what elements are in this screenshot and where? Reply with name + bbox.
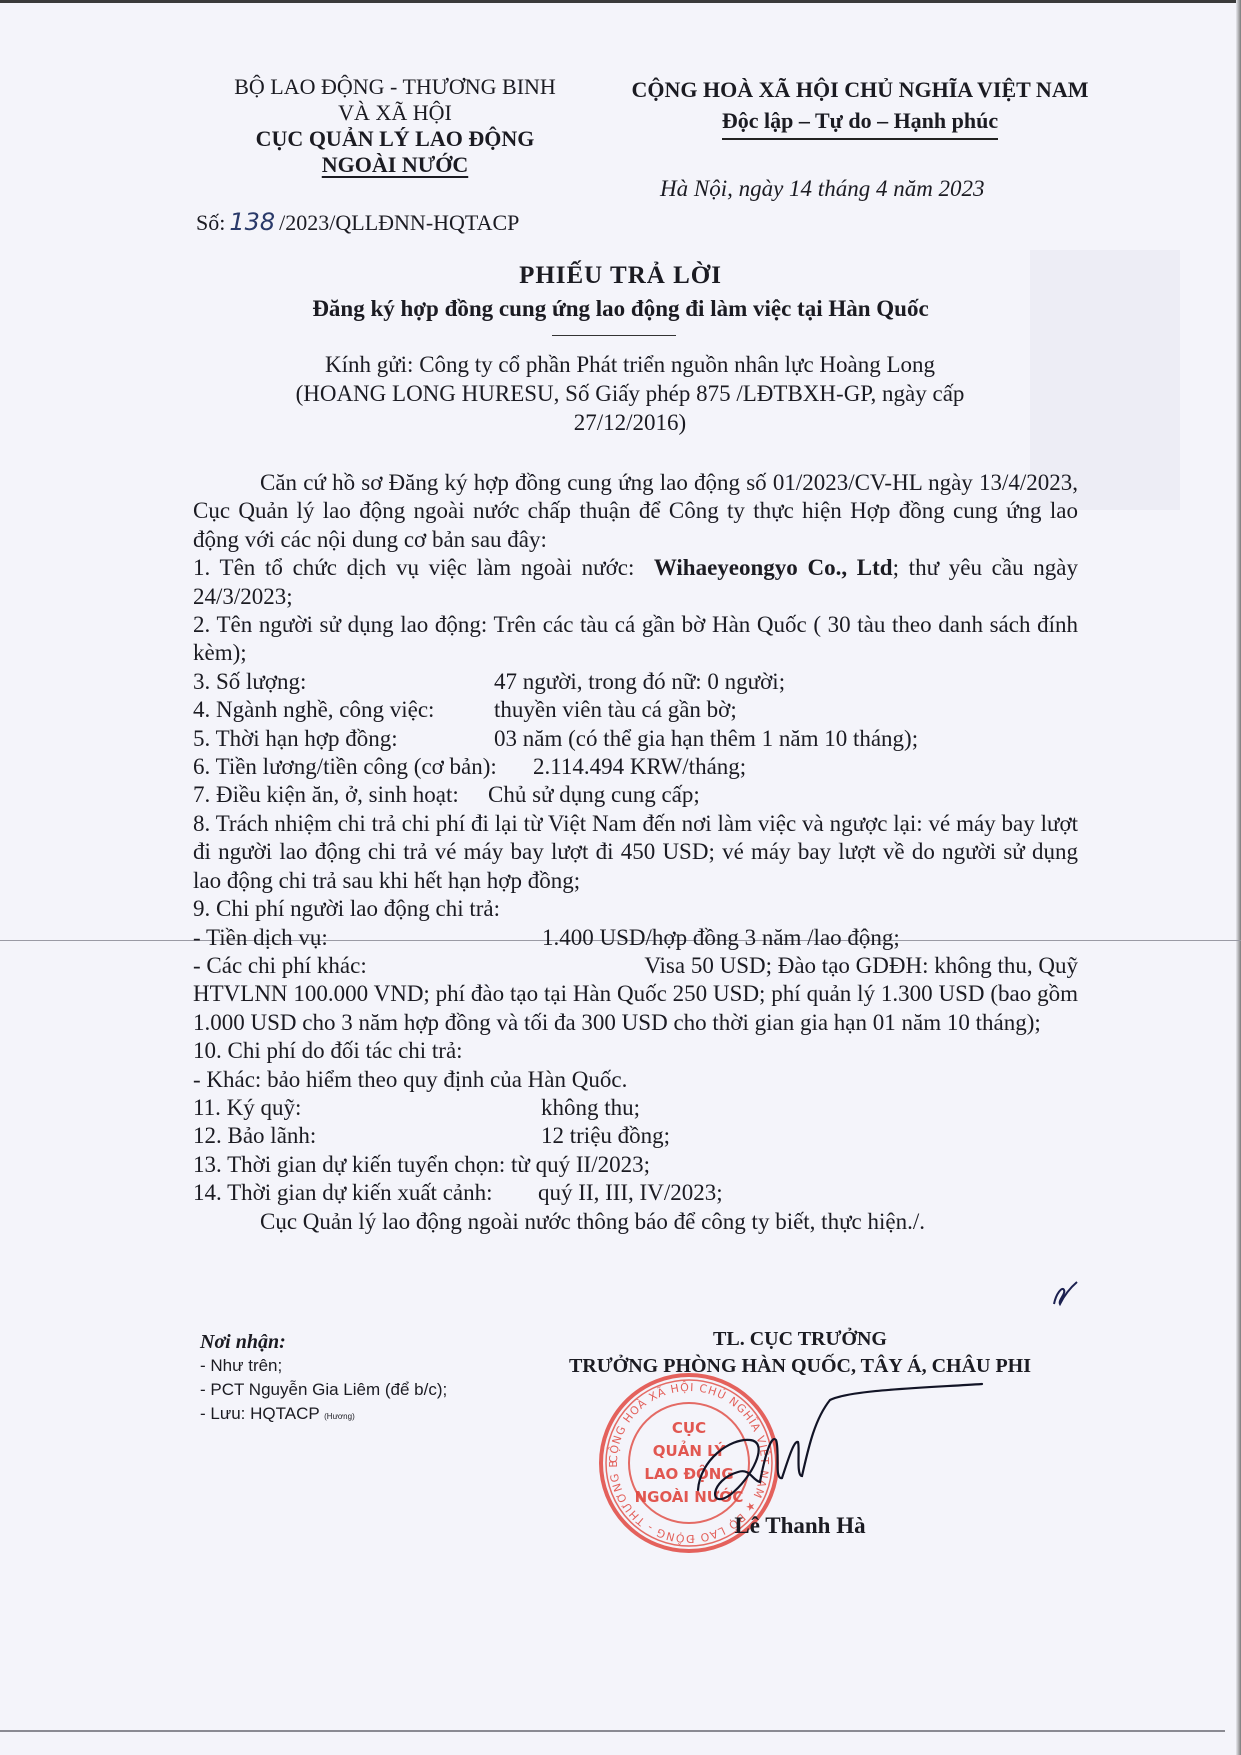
item-9-service-fee: - Tiền dịch vụ:1.400 USD/hợp đồng 3 năm … (193, 924, 1078, 952)
recipients-block: Nơi nhận: - Như trên; - PCT Nguyễn Gia L… (200, 1330, 447, 1429)
document-number: Số:138/2023/QLLĐNN-HQTACP (196, 208, 519, 236)
item-4: 4. Ngành nghề, công việc:thuyền viên tàu… (193, 696, 1078, 724)
item-9: 9. Chi phí người lao động chi trả: (193, 895, 1078, 923)
handwritten-signature (690, 1380, 990, 1520)
partner-company: Wihaeyeongyo Co., Ltd (654, 555, 893, 580)
recipient-item: - Như trên; (200, 1354, 447, 1378)
department-name: NGOÀI NƯỚC (322, 152, 468, 177)
handwritten-initial-mark (1050, 1278, 1080, 1308)
intro-paragraph: Căn cứ hồ sơ Đăng ký hợp đồng cung ứng l… (193, 469, 1078, 554)
addressee: Kính gửi: Công ty cổ phần Phát triển ngu… (200, 350, 1060, 437)
item-14: 14. Thời gian dự kiến xuất cảnh:quý II, … (193, 1179, 1078, 1207)
recipient-item: - PCT Nguyễn Gia Liêm (để b/c); (200, 1378, 447, 1402)
issuer-block: BỘ LAO ĐỘNG - THƯƠNG BINH VÀ XÃ HỘI CỤC … (200, 74, 590, 178)
recipients-heading: Nơi nhận: (200, 1330, 447, 1354)
item-9-other-fees: - Các chi phí khác:Visa 50 USD; Đào tạo … (193, 952, 1078, 980)
document-subtitle: Đăng ký hợp đồng cung ứng lao động đi là… (0, 296, 1241, 322)
scan-edge-top (0, 0, 1241, 3)
item-13: 13. Thời gian dự kiến tuyển chọn: từ quý… (193, 1151, 1078, 1179)
department-name: CỤC QUẢN LÝ LAO ĐỘNG (200, 126, 590, 152)
item-9-other-fees-detail: HTVLNN 100.000 VND; phí đào tạo tại Hàn … (193, 980, 1078, 1037)
country-name: CỘNG HOÀ XÃ HỘI CHỦ NGHĨA VIỆT NAM (600, 74, 1120, 105)
national-header: CỘNG HOÀ XÃ HỘI CHỦ NGHĨA VIỆT NAM Độc l… (600, 74, 1120, 140)
title-divider (552, 335, 676, 336)
handwritten-number: 138 (229, 208, 275, 236)
item-3: 3. Số lượng:47 người, trong đó nữ: 0 ngư… (193, 668, 1078, 696)
place-date: Hà Nội, ngày 14 tháng 4 năm 2023 (660, 176, 985, 202)
national-motto: Độc lập – Tự do – Hạnh phúc (722, 105, 998, 140)
item-2: 2. Tên người sử dụng lao động: Trên các … (193, 611, 1078, 668)
item-10: 10. Chi phí do đối tác chi trả: (193, 1037, 1078, 1065)
item-5: 5. Thời hạn hợp đồng:03 năm (có thể gia … (193, 725, 1078, 753)
document-body: Căn cứ hồ sơ Đăng ký hợp đồng cung ứng l… (193, 469, 1078, 1236)
closing-sentence: Cục Quản lý lao động ngoài nước thông bá… (193, 1208, 1078, 1236)
drafter-note: (Hương) (324, 1412, 355, 1421)
item-11: 11. Ký quỹ:không thu; (193, 1094, 1078, 1122)
scan-edge-bottom (0, 1730, 1225, 1732)
signer-name: Lê Thanh Hà (520, 1513, 1080, 1539)
item-12: 12. Bảo lãnh:12 triệu đồng; (193, 1122, 1078, 1150)
ministry-line: VÀ XÃ HỘI (200, 100, 590, 126)
item-8: 8. Trách nhiệm chi trả chi phí đi lại từ… (193, 810, 1078, 895)
document-title: PHIẾU TRẢ LỜI (0, 262, 1241, 290)
item-10-other: - Khác: bảo hiểm theo quy định của Hàn Q… (193, 1066, 1078, 1094)
item-6: 6. Tiền lương/tiền công (cơ bản):2.114.4… (193, 753, 1078, 781)
item-1: 1. Tên tổ chức dịch vụ việc làm ngoài nư… (193, 554, 1078, 611)
item-7: 7. Điều kiện ăn, ở, sinh hoạt:Chủ sử dụn… (193, 781, 1078, 809)
recipient-item: - Lưu: HQTACP (Hương) (200, 1402, 447, 1429)
ministry-line: BỘ LAO ĐỘNG - THƯƠNG BINH (200, 74, 590, 100)
